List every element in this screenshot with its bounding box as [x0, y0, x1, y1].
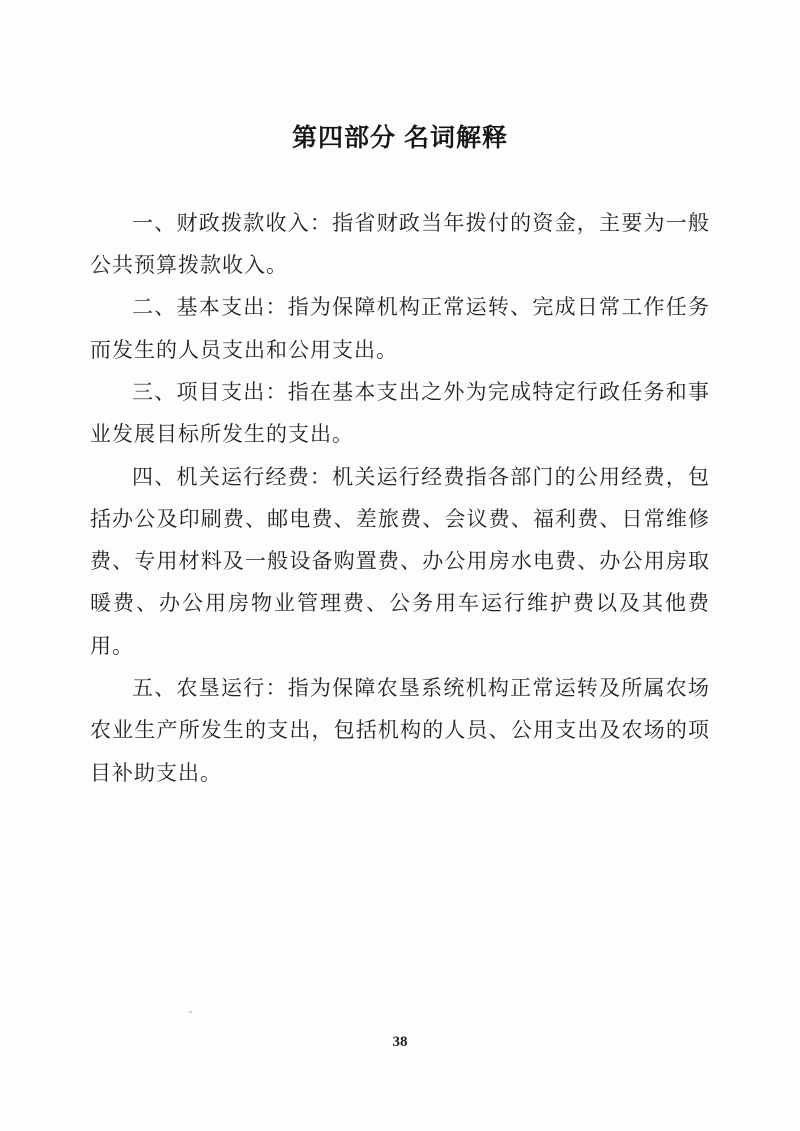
- page-number: 38: [0, 1034, 800, 1051]
- definition-paragraph-5: 五、农垦运行：指为保障农垦系统机构正常运转及所属农场农业生产所发生的支出，包括机…: [90, 667, 710, 794]
- term-definition-4: 机关运行经费指各部门的公用经费，包括办公及印刷费、邮电费、差旅费、会议费、福利费…: [90, 465, 710, 658]
- glossary-content: 一、财政拨款收入：指省财政当年拨付的资金，主要为一般公共预算拨款收入。 二、基本…: [0, 202, 800, 794]
- definition-paragraph-3: 三、项目支出：指在基本支出之外为完成特定行政任务和事业发展目标所发生的支出。: [90, 371, 710, 456]
- scan-artifact-speck: [189, 1011, 192, 1013]
- definition-paragraph-4: 四、机关运行经费：机关运行经费指各部门的公用经费，包括办公及印刷费、邮电费、差旅…: [90, 456, 710, 667]
- term-label-1: 一、财政拨款收入：: [132, 211, 332, 235]
- page-title: 第四部分 名词解释: [0, 17, 800, 155]
- definition-paragraph-1: 一、财政拨款收入：指省财政当年拨付的资金，主要为一般公共预算拨款收入。: [90, 202, 710, 287]
- term-label-2: 二、基本支出：: [132, 295, 288, 319]
- term-label-3: 三、项目支出：: [132, 380, 288, 404]
- term-label-4: 四、机关运行经费：: [132, 465, 332, 489]
- definition-paragraph-2: 二、基本支出：指为保障机构正常运转、完成日常工作任务而发生的人员支出和公用支出。: [90, 286, 710, 371]
- document-page: 第四部分 名词解释 一、财政拨款收入：指省财政当年拨付的资金，主要为一般公共预算…: [0, 0, 800, 1131]
- term-label-5: 五、农垦运行：: [132, 676, 288, 700]
